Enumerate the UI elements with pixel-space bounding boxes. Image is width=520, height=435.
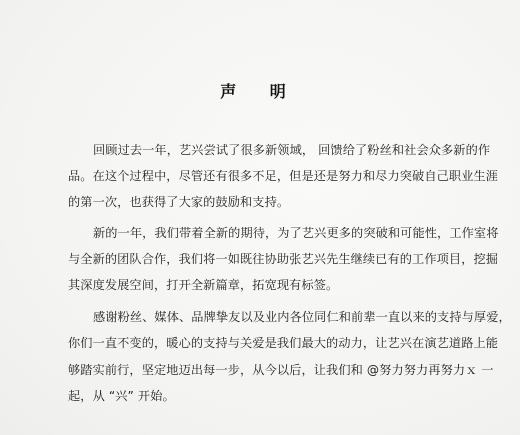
paragraph-line: 够踏实前行，坚定地迈出每一步，从今以后，让我们和 @努力努力再努力ｘ 一 xyxy=(68,362,448,378)
paragraph-line: 其深度发展空间，打开全新篇章，拓宽现有标签。 xyxy=(68,277,448,293)
paragraph-line: 与全新的团队合作，我们将一如既往协助张艺兴先生继续已有的工作项目，挖掘 xyxy=(68,251,448,267)
paragraph-line: 品。在这个过程中，尽管还有很多不足，但是还是努力和尽力突破自己职业生涯 xyxy=(68,168,448,184)
paragraph-line: 新的一年，我们带着全新的期待，为了艺兴更多的突破和可能性，工作室将 xyxy=(93,225,473,241)
document-page: 声 明 回顾过去一年，艺兴尝试了很多新领域， 回馈给了粉丝和社会众多新的作 品。… xyxy=(0,0,520,435)
paragraph-line: 回顾过去一年，艺兴尝试了很多新领域， 回馈给了粉丝和社会众多新的作 xyxy=(93,142,473,158)
paragraph-line: 起，从 “兴” 开始。 xyxy=(68,388,448,404)
paragraph-line: 你们一直不变的，暖心的支持与关爱是我们最大的动力，让艺兴在演艺道路上能 xyxy=(68,335,448,351)
document-title: 声 明 xyxy=(0,79,520,102)
paragraph-line: 的第一次，也获得了大家的鼓励和支持。 xyxy=(68,194,448,210)
paragraph-line: 感谢粉丝、媒体、品牌挚友以及业内各位同仁和前辈一直以来的支持与厚爱， xyxy=(93,309,473,325)
